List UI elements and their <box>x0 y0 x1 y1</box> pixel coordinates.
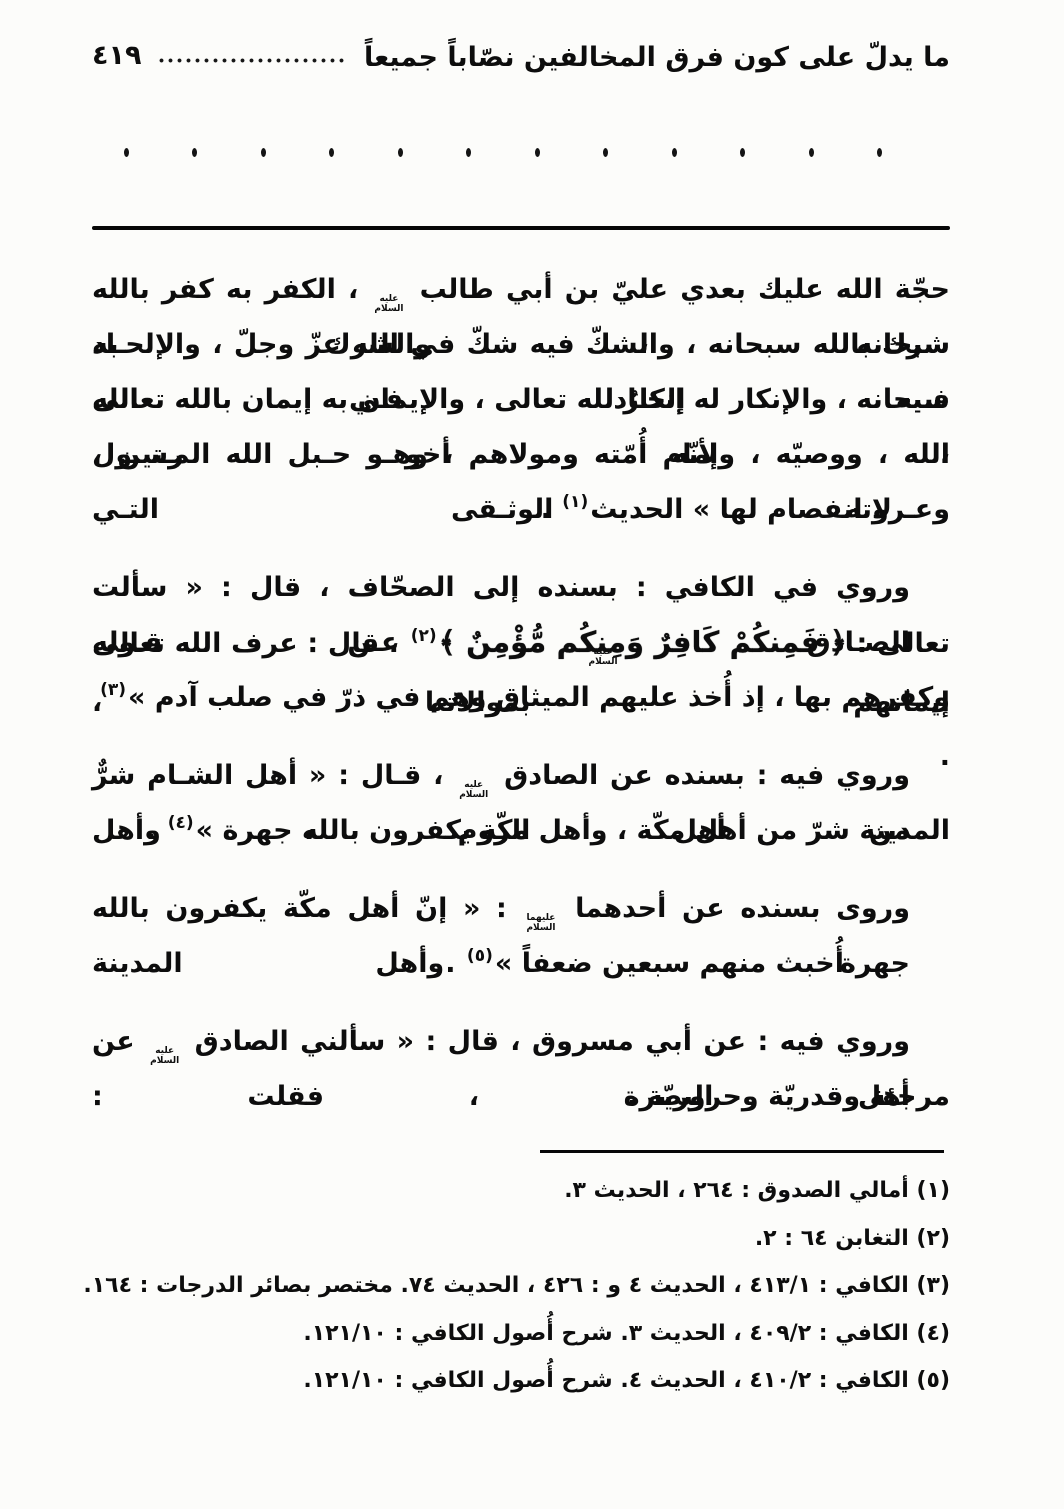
dot <box>603 148 608 157</box>
dot <box>877 148 882 157</box>
book-page: ٤١٩ ما يدلّ على كون فرق المخالفين نصّابا… <box>0 0 1064 1509</box>
footnotes-block: (١) أمالي الصدوق : ٢٦٤ ، الحديث ٣. (٢) ا… <box>92 1150 950 1405</box>
footnote-ref: (٥) <box>467 946 493 966</box>
dotted-leader <box>159 58 346 63</box>
dot <box>740 148 745 157</box>
dot <box>192 148 197 157</box>
body-line: وروى بسنده عن أحدهما عليهماالسلام : « إن… <box>92 881 950 936</box>
footnote-ref: (٢) <box>411 626 437 646</box>
dot <box>398 148 403 157</box>
footnote-4: (٤) الكافي : ٤٠٩/٢ ، الحديث ٣. شرح أُصول… <box>92 1310 950 1358</box>
footnote-2: (٢) التغابن ٦٤ : ٢. <box>92 1215 950 1263</box>
body-line: شرك بالله سبحانه ، والشكّ فيه شكّ في الل… <box>92 317 950 372</box>
honorific-seal: عليهالسلام <box>459 781 488 800</box>
dot <box>809 148 814 157</box>
body-line: حجّة الله عليك بعدي عليّ بن أبي طالب علي… <box>92 262 950 317</box>
running-head: ٤١٩ ما يدلّ على كون فرق المخالفين نصّابا… <box>92 40 950 73</box>
chapter-title: ما يدلّ على كون فرق المخالفين نصّاباً جم… <box>364 42 950 73</box>
quran-verse: ﴿ فَمِنكُمْ كَافِرٌ وَمِنكُم مُّؤْمِنٌ ﴾ <box>439 625 847 659</box>
footnote-ref: (٣) <box>100 680 126 700</box>
paragraph: وروي فيه : عن أبي مسروق ، قال : « سألني … <box>92 1014 950 1124</box>
footnote-ref: (٤) <box>168 813 194 833</box>
paragraph: وروى بسنده عن أحدهما عليهماالسلام : « إن… <box>92 881 950 991</box>
paragraph: وروي فيه : بسنده عن الصادق عليهالسلام ، … <box>92 748 950 858</box>
dot <box>329 148 334 157</box>
dot <box>672 148 677 157</box>
body-line: الله ، ووصيّه ، وإمام أُمّته ومولاهم ، و… <box>92 427 950 482</box>
body-line: سبحانه ، والإنكار له إنكارٌ لله تعالى ، … <box>92 372 950 427</box>
honorific-seal: عليهالسلام <box>374 295 403 314</box>
footnote-3: (٣) الكافي : ٤١٣/١ ، الحديث ٤ و : ٤٢٦ ، … <box>92 1262 950 1310</box>
body-line: المدينة شرّ من أهل مكّة ، وأهل مكّة يكفر… <box>92 803 950 858</box>
page-number: ٤١٩ <box>92 40 141 73</box>
dot <box>535 148 540 157</box>
footnote-separator-rule <box>540 1150 944 1153</box>
honorific-seal: عليهالسلام <box>150 1047 179 1066</box>
body-line: وروي في الكافي : بسنده إلى الصحّاف ، قال… <box>92 560 950 615</box>
footnote-5: (٥) الكافي : ٤١٠/٢ ، الحديث ٤. شرح أُصول… <box>92 1357 950 1405</box>
body-paragraphs: حجّة الله عليك بعدي عليّ بن أبي طالب علي… <box>92 262 950 1147</box>
body-line: وروي فيه : عن أبي مسروق ، قال : « سألني … <box>92 1014 950 1069</box>
body-line: وكفرهم بها ، إذ أُخذ عليهم الميثاق وهم ف… <box>92 670 950 725</box>
body-line: وروي فيه : بسنده عن الصادق عليهالسلام ، … <box>92 748 950 803</box>
dot <box>261 148 266 157</box>
paragraph: حجّة الله عليك بعدي عليّ بن أبي طالب علي… <box>92 262 950 537</box>
dot <box>466 148 471 157</box>
honorific-seal: عليهماالسلام <box>526 914 555 933</box>
dot <box>124 148 129 157</box>
footnote-1: (١) أمالي الصدوق : ٢٦٤ ، الحديث ٣. <box>92 1167 950 1215</box>
paragraph: وروي في الكافي : بسنده إلى الصحّاف ، قال… <box>92 560 950 725</box>
body-line: تعالى : ﴿ فَمِنكُمْ كَافِرٌ وَمِنكُم مُّ… <box>92 615 950 670</box>
honorific-seal: عليهالسلام <box>588 648 617 667</box>
footnote-ref: (١) <box>562 492 588 512</box>
header-separator-rule <box>92 226 950 230</box>
ellipsis-dots-row <box>124 148 882 157</box>
